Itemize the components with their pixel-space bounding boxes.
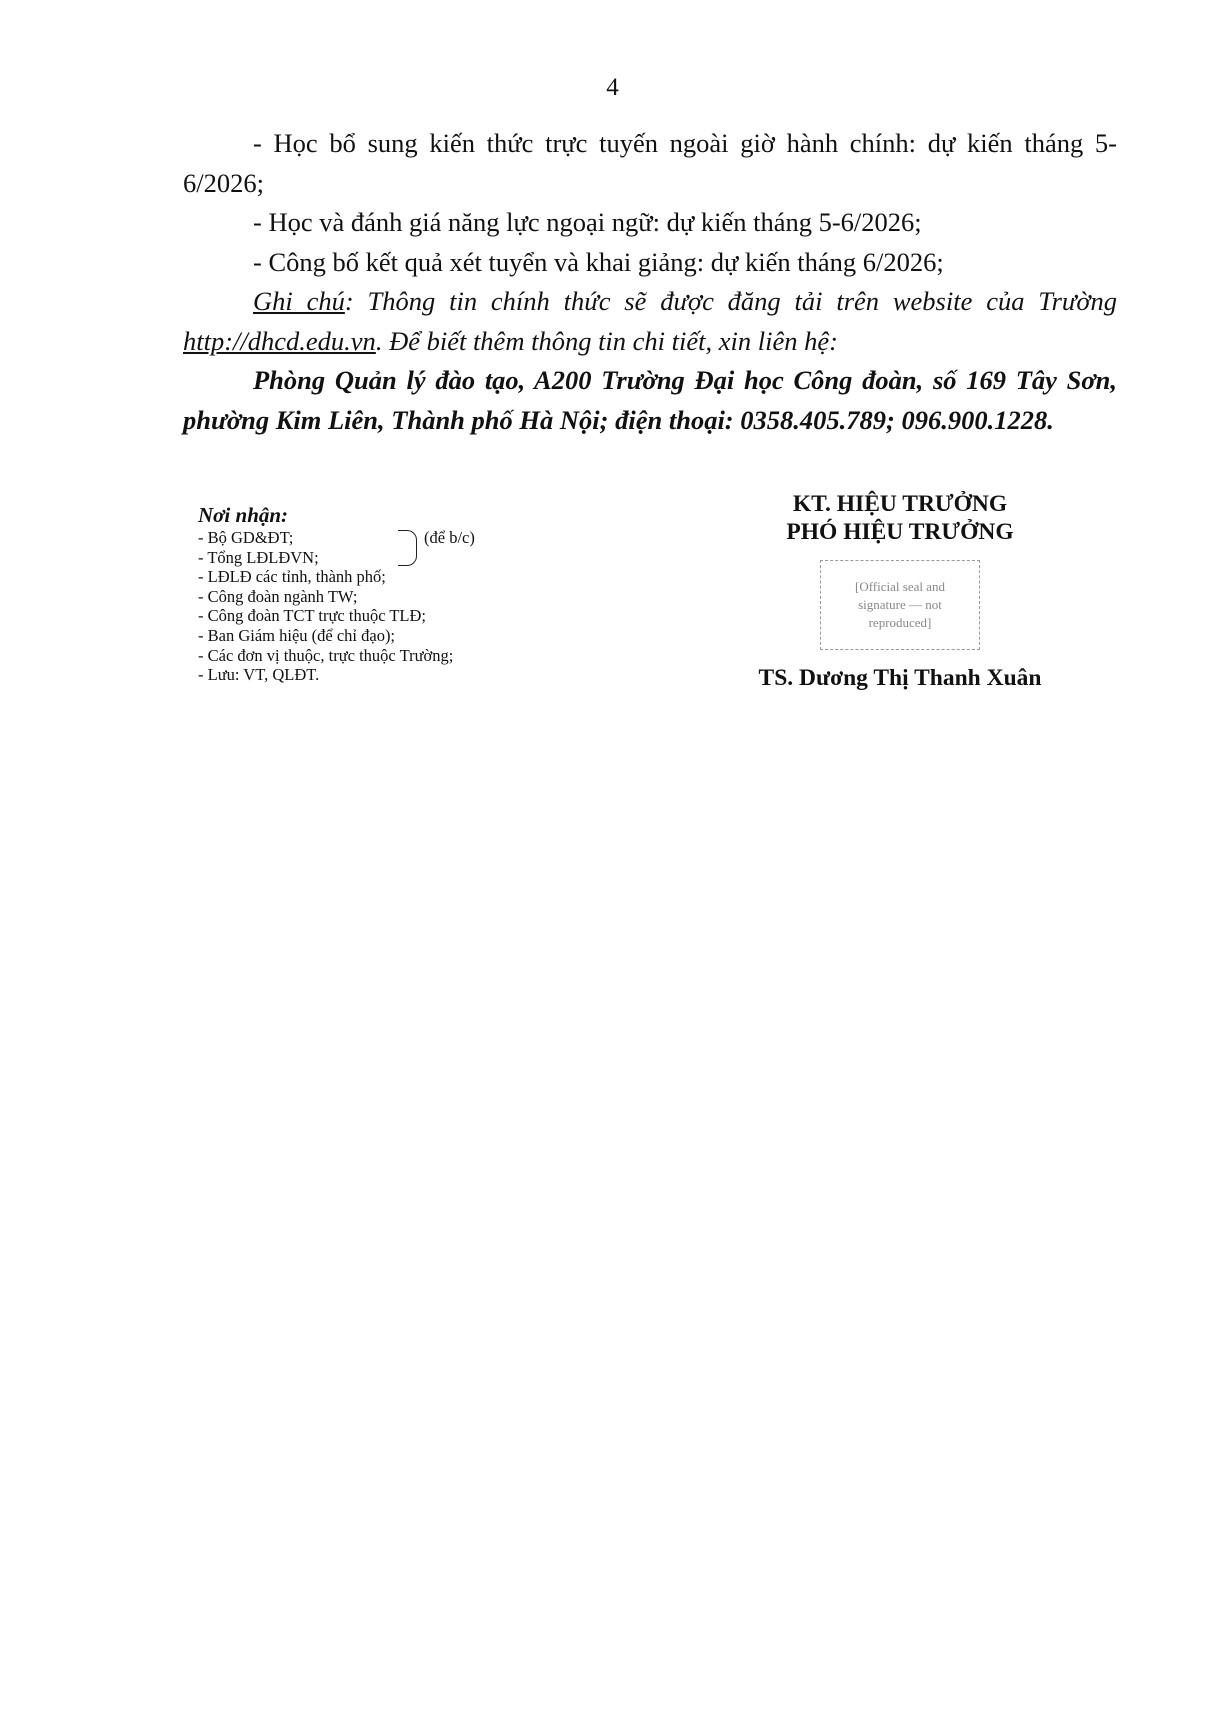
- signatory-title: KT. HIỆU TRƯỞNG: [700, 490, 1100, 518]
- recipient-item: - Tổng LĐLĐVN;: [198, 548, 658, 568]
- website-link[interactable]: http://dhcd.edu.vn: [183, 326, 376, 356]
- schedule-item: - Học bổ sung kiến thức trực tuyến ngoài…: [183, 124, 1117, 203]
- signature-block: KT. HIỆU TRƯỞNG PHÓ HIỆU TRƯỞNG [Officia…: [700, 490, 1100, 692]
- recipient-item: - LĐLĐ các tỉnh, thành phố;: [198, 567, 658, 587]
- note-paragraph: Ghi chú: Thông tin chính thức sẽ được đă…: [183, 282, 1117, 361]
- recipient-item: - Ban Giám hiệu (để chỉ đạo);: [198, 626, 658, 646]
- recipient-item: - Các đơn vị thuộc, trực thuộc Trường;: [198, 646, 658, 666]
- schedule-item: - Công bố kết quả xét tuyển và khai giản…: [183, 243, 1117, 283]
- recipients-title: Nơi nhận:: [198, 502, 658, 528]
- contact-paragraph: Phòng Quản lý đào tạo, A200 Trường Đại h…: [183, 361, 1117, 440]
- schedule-item: - Học và đánh giá năng lực ngoại ngữ: dự…: [183, 203, 1117, 243]
- brace-icon: [398, 530, 417, 566]
- document-body: - Học bổ sung kiến thức trực tuyến ngoài…: [183, 124, 1117, 440]
- note-label: Ghi chú: [253, 286, 345, 316]
- recipient-item: - Công đoàn ngành TW;: [198, 587, 658, 607]
- note-text-after: . Để biết thêm thông tin chi tiết, xin l…: [376, 326, 838, 356]
- note-text: : Thông tin chính thức sẽ được đăng tải …: [345, 286, 1117, 316]
- recipient-item: - Lưu: VT, QLĐT.: [198, 665, 658, 685]
- seal-placeholder: [Official seal and signature — not repro…: [820, 560, 980, 650]
- page-number: 4: [0, 74, 1225, 102]
- signatory-subtitle: PHÓ HIỆU TRƯỞNG: [700, 518, 1100, 546]
- recipients-block: Nơi nhận: - Bộ GD&ĐT; - Tổng LĐLĐVN; (để…: [198, 502, 658, 685]
- signer-name: TS. Dương Thị Thanh Xuân: [700, 664, 1100, 692]
- cc-note: (để b/c): [424, 528, 475, 548]
- cc-group: - Bộ GD&ĐT; - Tổng LĐLĐVN; (để b/c): [198, 528, 658, 567]
- recipient-item: - Công đoàn TCT trực thuộc TLĐ;: [198, 606, 658, 626]
